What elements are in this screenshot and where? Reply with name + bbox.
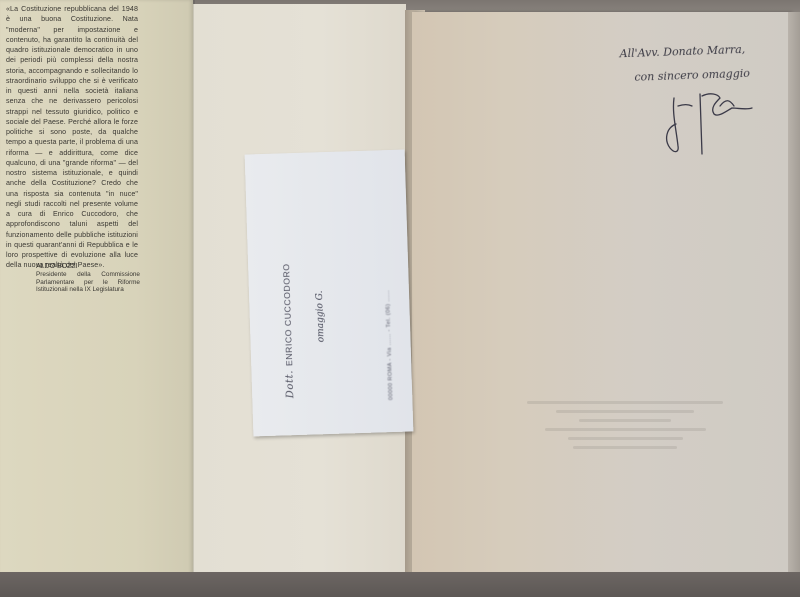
page-edge bbox=[788, 12, 800, 575]
signature-icon bbox=[658, 88, 758, 158]
card-name: ENRICO CUCCODORO bbox=[281, 263, 294, 366]
business-card: Dott.ENRICO CUCCODORO omaggio G. 00000 R… bbox=[245, 150, 414, 437]
flap-quote: «La Costituzione repubblicana del 1948 è… bbox=[6, 4, 138, 271]
card-handwritten-note: omaggio G. bbox=[315, 290, 327, 342]
show-through-print bbox=[510, 395, 740, 455]
handwritten-dedication: All'Avv. Donato Marra, con sincero omagg… bbox=[619, 38, 750, 90]
back-cover-flap: «La Costituzione repubblicana del 1948 è… bbox=[0, 0, 193, 578]
flap-author: ALDO BOZZI bbox=[36, 262, 78, 271]
photo-scene: «La Costituzione repubblicana del 1948 è… bbox=[0, 0, 800, 597]
dedication-line-2: con sincero omaggio bbox=[620, 62, 750, 91]
flap-author-role: Presidente della Commissione Parlamentar… bbox=[36, 271, 140, 294]
card-title: Dott. bbox=[284, 370, 296, 399]
card-name-line: Dott.ENRICO CUCCODORO bbox=[281, 263, 296, 398]
background-surface-bottom bbox=[0, 572, 800, 597]
card-address: 00000 ROMA - Via ...... - Tel. (06) ....… bbox=[385, 290, 394, 400]
